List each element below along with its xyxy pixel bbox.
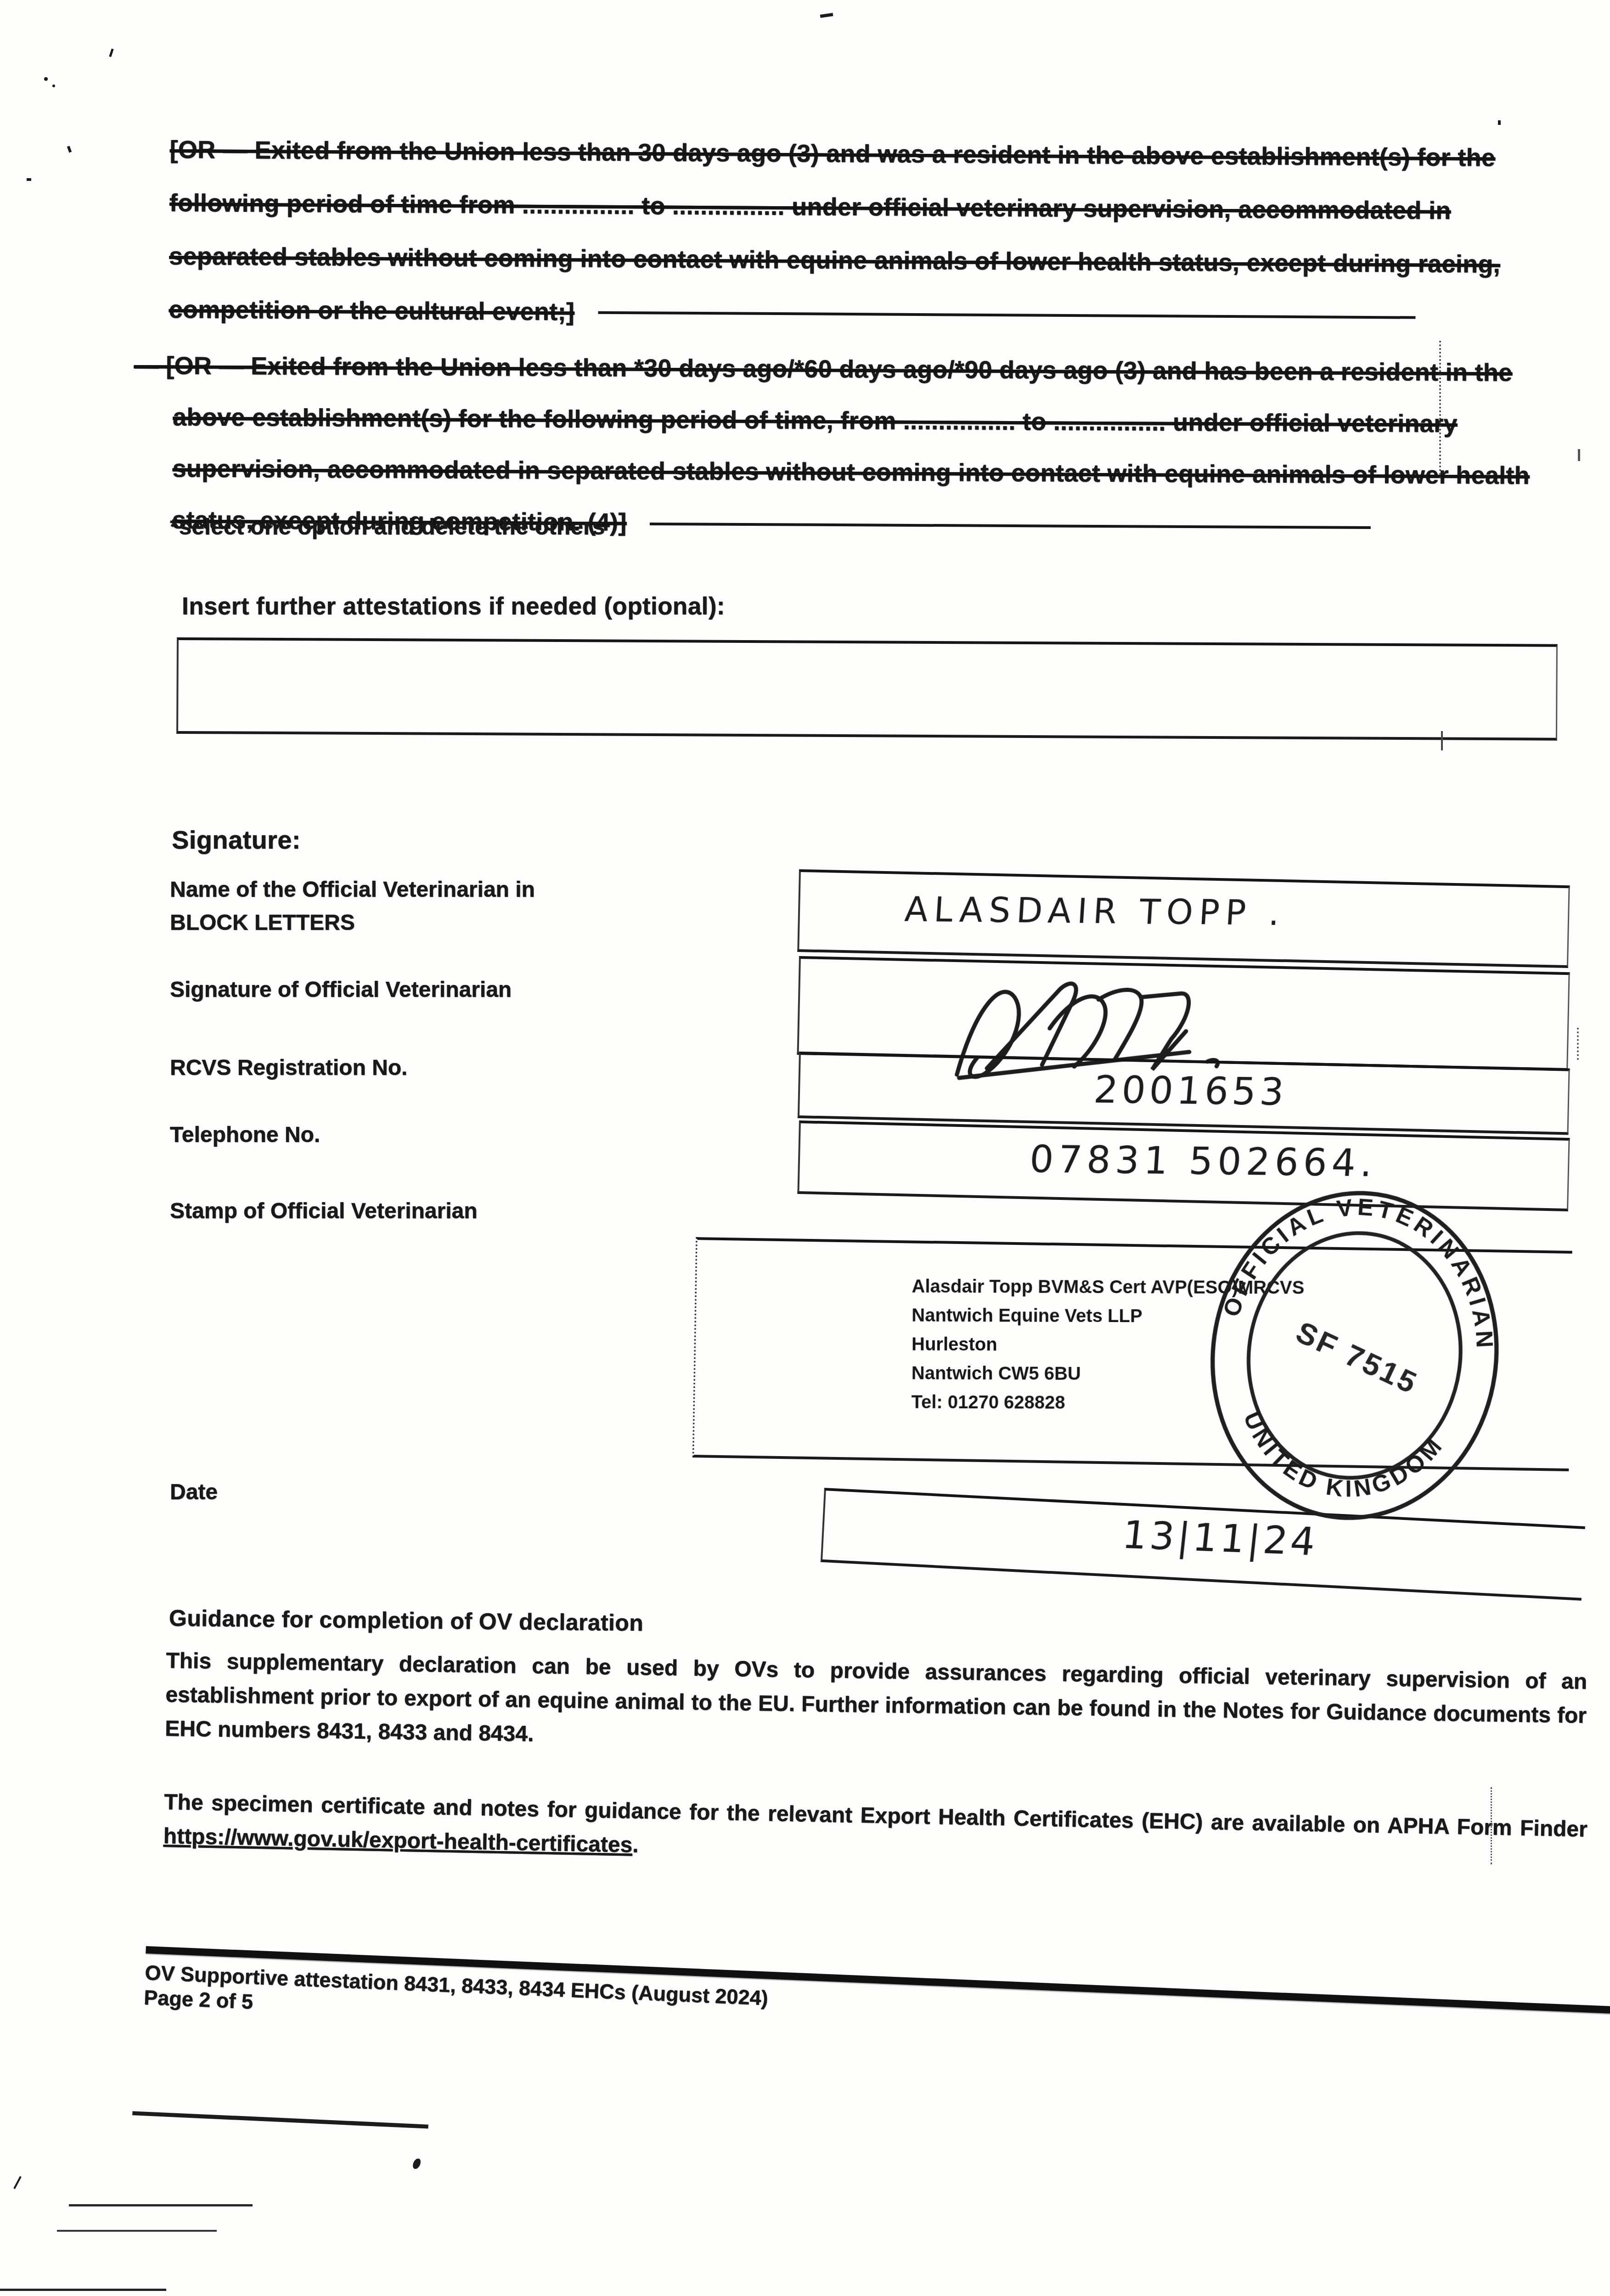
- scan-artifact: [1441, 731, 1443, 750]
- rcvs-label: RCVS Registration No.: [170, 1055, 407, 1080]
- scan-artifact: [820, 13, 833, 18]
- attestation-line: separated stables without coming into co…: [169, 230, 1575, 292]
- stamp-label: Stamp of Official Veterinarian: [170, 1199, 478, 1224]
- scan-artifact: [13, 2176, 22, 2189]
- signature-heading: Signature:: [172, 825, 301, 855]
- scan-artifact: [0, 2289, 166, 2291]
- svg-text:OFFICIAL VETERINARIAN: OFFICIAL VETERINARIAN: [1217, 1175, 1517, 1356]
- scan-artifact: [1439, 341, 1441, 478]
- document-footer: OV Supportive attestation 8431, 8433, 84…: [143, 1946, 1610, 2070]
- scan-artifact: [52, 84, 55, 87]
- date-label: Date: [170, 1480, 218, 1505]
- official-veterinarian-seal: OFFICIAL VETERINARIAN UNITED KINGDOM SF …: [1179, 1166, 1528, 1556]
- guidance-heading: Guidance for completion of OV declaratio…: [169, 1605, 644, 1637]
- scan-artifact: [44, 77, 48, 81]
- guidance-paragraph-1: This supplementary declaration can be us…: [165, 1644, 1587, 1767]
- name-label-block-letters: BLOCK LETTERS: [170, 910, 355, 935]
- scan-artifact: [132, 2111, 428, 2128]
- scan-artifact: [109, 49, 113, 57]
- scan-artifact: [27, 178, 31, 181]
- scan-artifact: [1498, 120, 1501, 125]
- scan-artifact: [411, 2157, 422, 2170]
- seal-number: SF 7515: [1291, 1315, 1424, 1401]
- phone-label: Telephone No.: [170, 1122, 320, 1148]
- scan-artifact: [57, 2230, 217, 2232]
- scan-artifact: [1578, 449, 1580, 461]
- scan-artifact: [67, 146, 72, 152]
- attestation-line: — [OR — Exited from the Union less than …: [134, 340, 1558, 399]
- attestation-line: [OR — Exited from the Union less than 30…: [169, 123, 1575, 185]
- seal-top-text: OFFICIAL VETERINARIAN: [1217, 1175, 1517, 1356]
- select-option-note: *select one option and delete the others: [170, 513, 605, 540]
- further-attestations-box: [176, 637, 1558, 741]
- scan-artifact: [69, 2204, 253, 2206]
- attestation-line: following period of time from ..........…: [169, 176, 1575, 238]
- attestation-line: above establishment(s) for the following…: [134, 391, 1558, 450]
- attestation-line: supervision, accommodated in separated s…: [133, 443, 1557, 501]
- apha-link[interactable]: https://www.gov.uk/export-health-certifi…: [163, 1824, 632, 1857]
- name-value-handwritten: ALASDAIR TOPP .: [904, 890, 1287, 934]
- scan-artifact: [1491, 1787, 1492, 1864]
- rcvs-value-handwritten: 2001653: [1092, 1068, 1289, 1114]
- name-box: ALASDAIR TOPP .: [797, 869, 1570, 968]
- guidance-paragraph-2: The specimen certificate and notes for g…: [163, 1785, 1587, 1880]
- guidance-paragraph-2-period: .: [632, 1833, 639, 1857]
- phone-value-handwritten: 07831 502664.: [1028, 1137, 1378, 1185]
- signature-label: Signature of Official Veterinarian: [170, 977, 512, 1002]
- scanned-document-page: [OR — Exited from the Union less than 30…: [0, 0, 1610, 2296]
- attestation-option-1: [OR — Exited from the Union less than 30…: [169, 123, 1575, 345]
- name-label: Name of the Official Veterinarian in: [170, 877, 535, 902]
- further-attestations-heading: Insert further attestations if needed (o…: [182, 592, 725, 620]
- scan-artifact: [1577, 1028, 1579, 1060]
